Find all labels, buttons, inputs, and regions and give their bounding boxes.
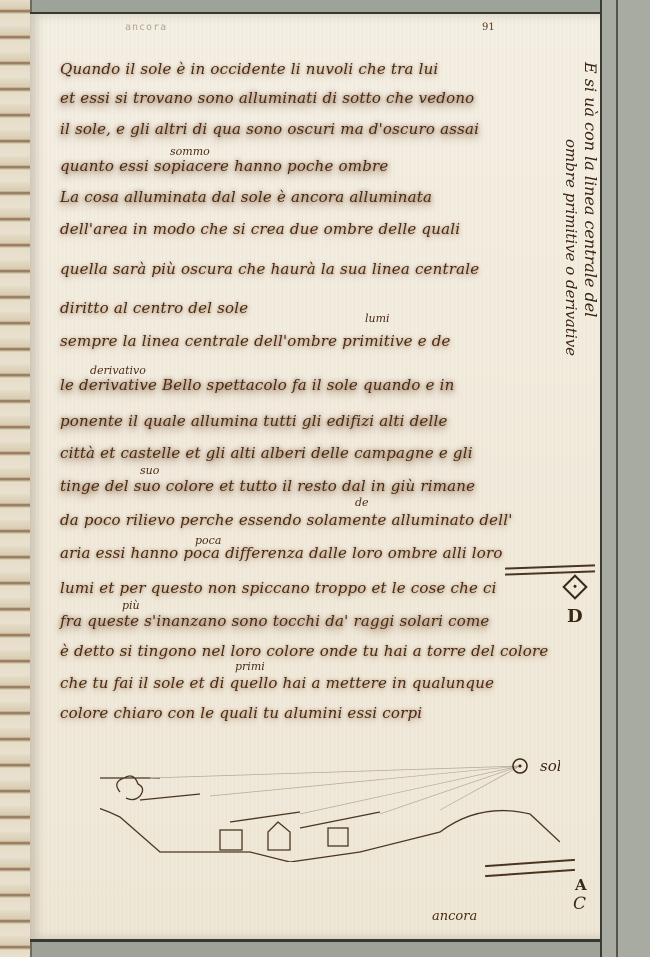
double-rule-bottom-b — [485, 869, 575, 877]
text-line-14: da poco rilievo perche essendo solamente… — [60, 511, 513, 529]
double-rule-bottom — [505, 570, 595, 575]
interlinear-suo: suo — [140, 464, 159, 477]
text-line-19: che tu fai il sole et di quello hai a me… — [60, 674, 494, 692]
bottom-note: ancora — [432, 909, 477, 924]
text-line-8: diritto al centro del sole — [60, 299, 248, 317]
interlinear-piu: più — [122, 599, 140, 612]
text-line-2: et essi si trovano sono alluminati di so… — [60, 89, 474, 107]
text-line-6: dell'area in modo che si crea due ombre … — [60, 220, 460, 238]
house-icon-1 — [220, 830, 242, 850]
house-icon-2 — [268, 822, 290, 850]
hill-line-icon — [100, 801, 560, 862]
diamond-mark-icon — [562, 574, 587, 599]
text-line-16: lumi et per questo non spiccano troppo e… — [60, 579, 497, 597]
text-line-15: aria essi hanno poca differenza dalle lo… — [60, 544, 503, 562]
text-line-3: il sole, e gli altri di qua sono oscuri … — [60, 120, 479, 138]
letter-a: A — [575, 876, 587, 894]
tree-icon-2 — [117, 776, 143, 800]
manuscript-page: ancora 91 Quando il sole è in occidente … — [30, 12, 604, 942]
text-line-12: città et castelle et gli alti alberi del… — [60, 444, 473, 462]
interlinear-primi: primi — [235, 660, 265, 673]
adjacent-pages-edge — [0, 0, 32, 957]
text-line-18: è detto si tingono nel loro colore onde … — [60, 642, 548, 660]
sun-label: sole — [540, 757, 560, 775]
text-line-13: tinge del suo colore et tutto il resto d… — [60, 477, 475, 495]
text-line-7: quella sarà più oscura che haurà la sua … — [60, 260, 479, 278]
faded-catchword: ancora — [125, 22, 167, 33]
interlinear-lumi: lumi — [365, 312, 390, 325]
sun-rays-icon — [150, 766, 520, 814]
text-line-11: ponente il quale allumina tutti gli edif… — [60, 412, 448, 430]
margin-note-line-2: ombre primitive o derivative — [562, 139, 580, 356]
text-line-20: colore chiaro con le quali tu alumini es… — [60, 704, 422, 722]
folio-number: 91 — [482, 22, 495, 33]
margin-note-line-1: E si uà con la linea centrale del — [581, 62, 600, 317]
text-line-9: sempre la linea centrale dell'ombre prim… — [60, 332, 451, 350]
interlinear-de: de — [355, 496, 369, 509]
text-line-10: le derivative Bello spettacolo fa il sol… — [60, 376, 455, 394]
double-rule-top — [505, 564, 595, 569]
text-line-5: La cosa alluminata dal sole è ancora all… — [60, 188, 432, 206]
letter-c: C — [573, 894, 586, 914]
landscape-sketch: sole — [100, 742, 560, 862]
letter-d: D — [567, 606, 583, 627]
text-line-17: fra queste s'inanzano sono tocchi da' ra… — [60, 612, 489, 630]
text-line-1: Quando il sole è in occidente li nuvoli … — [60, 60, 438, 78]
binding-edge — [600, 0, 650, 957]
house-icon-3 — [328, 828, 348, 846]
text-line-4: quanto essi sopiacere hanno poche ombre — [60, 157, 388, 175]
